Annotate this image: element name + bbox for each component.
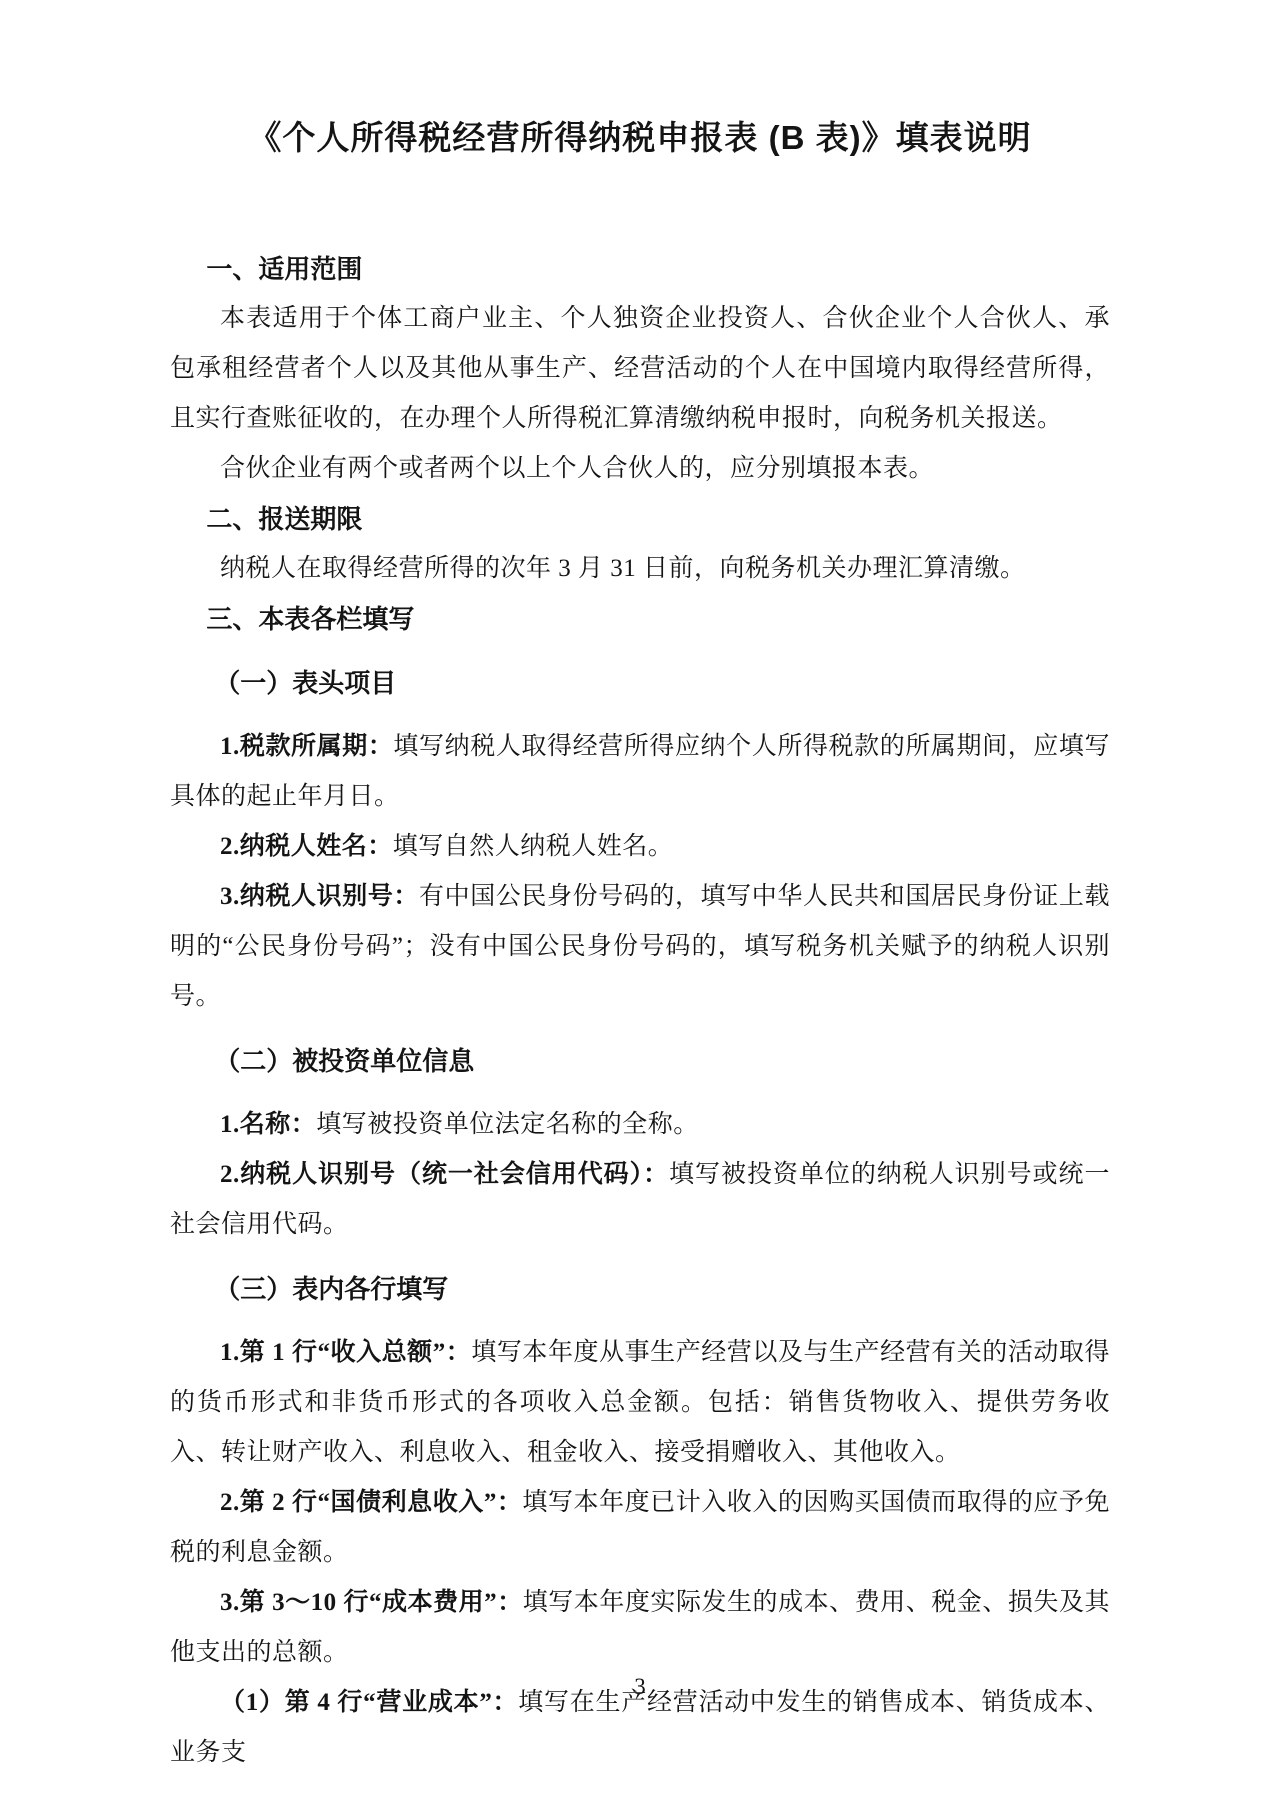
item-label: 1.第 1 行“收入总额”： <box>220 1339 471 1366</box>
subsection-heading-form-header: （一）表头项目 <box>170 658 1110 708</box>
section-heading-columns: 三、本表各栏填写 <box>170 594 1110 644</box>
paragraph-text: 纳税人在取得经营所得的次年 3 月 31 日前，向税务机关办理汇算清缴。 <box>220 555 1026 582</box>
item-row2-bond-interest: 2.第 2 行“国债利息收入”：填写本年度已计入收入的因购买国债而取得的应予免税… <box>170 1478 1110 1578</box>
paragraph-text: 本表适用于个体工商户业主、个人独资企业投资人、合伙企业个人合伙人、承包承租经营者… <box>170 305 1110 432</box>
paragraph-partnership: 合伙企业有两个或者两个以上个人合伙人的，应分别填报本表。 <box>170 444 1110 494</box>
item-text: 填写被投资单位法定名称的全称。 <box>316 1111 699 1138</box>
page-number: 3 <box>0 1672 1280 1702</box>
item-text: 填写自然人纳税人姓名。 <box>393 833 674 860</box>
item-rows3-10-costs: 3.第 3～10 行“成本费用”：填写本年度实际发生的成本、费用、税金、损失及其… <box>170 1578 1110 1678</box>
item-label: 2.第 2 行“国债利息收入”： <box>220 1489 522 1516</box>
item-label: 3.纳税人识别号： <box>220 883 419 910</box>
item-label: 3.第 3～10 行“成本费用”： <box>220 1589 523 1616</box>
item-label: 1.税款所属期： <box>220 733 393 760</box>
item-label: 2.纳税人姓名： <box>220 833 393 860</box>
item-label: 1.名称： <box>220 1111 316 1138</box>
item-label: 2.纳税人识别号（统一社会信用代码）： <box>220 1161 669 1188</box>
item-taxpayer-id: 3.纳税人识别号：有中国公民身份号码的，填写中华人民共和国居民身份证上载明的“公… <box>170 872 1110 1022</box>
item-entity-name: 1.名称：填写被投资单位法定名称的全称。 <box>170 1100 1110 1150</box>
paragraph-text: 合伙企业有两个或者两个以上个人合伙人的，应分别填报本表。 <box>220 455 934 482</box>
item-tax-period: 1.税款所属期：填写纳税人取得经营所得应纳个人所得税款的所属期间，应填写具体的起… <box>170 722 1110 822</box>
subsection-heading-invested-entity: （二）被投资单位信息 <box>170 1036 1110 1086</box>
subsection-heading-rows: （三）表内各行填写 <box>170 1264 1110 1314</box>
doc-title: 《个人所得税经营所得纳税申报表 (B 表)》填表说明 <box>170 112 1110 164</box>
paragraph-deadline: 纳税人在取得经营所得的次年 3 月 31 日前，向税务机关办理汇算清缴。 <box>170 544 1110 594</box>
item-entity-id: 2.纳税人识别号（统一社会信用代码）：填写被投资单位的纳税人识别号或统一社会信用… <box>170 1150 1110 1250</box>
paragraph-scope-main: 本表适用于个体工商户业主、个人独资企业投资人、合伙企业个人合伙人、承包承租经营者… <box>170 294 1110 444</box>
section-heading-scope: 一、适用范围 <box>170 244 1110 294</box>
item-taxpayer-name: 2.纳税人姓名：填写自然人纳税人姓名。 <box>170 822 1110 872</box>
item-row1-total-income: 1.第 1 行“收入总额”：填写本年度从事生产经营以及与生产经营有关的活动取得的… <box>170 1328 1110 1478</box>
document-page: 《个人所得税经营所得纳税申报表 (B 表)》填表说明 一、适用范围 本表适用于个… <box>170 112 1110 1778</box>
section-heading-deadline: 二、报送期限 <box>170 494 1110 544</box>
